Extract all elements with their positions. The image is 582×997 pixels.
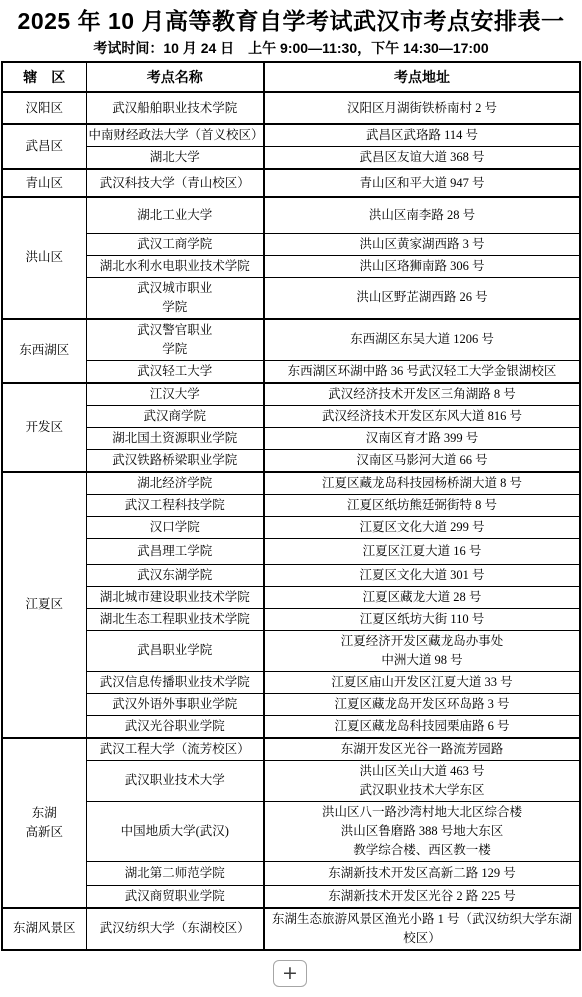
table-row: 湖北国土资源职业学院汉南区育才路 399 号 — [2, 427, 580, 449]
table-header-row: 辖 区 考点名称 考点地址 — [2, 62, 580, 92]
site-name-cell: 武汉科技大学（青山校区） — [86, 169, 264, 197]
table-row: 开发区江汉大学武汉经济技术开发区三角湖路 8 号 — [2, 383, 580, 406]
site-address-cell: 江夏区文化大道 299 号 — [264, 516, 580, 538]
table-row: 湖北大学武昌区友谊大道 368 号 — [2, 147, 580, 170]
table-row: 湖北第二师范学院东湖新技术开发区高新二路 129 号 — [2, 861, 580, 885]
footer-toolbar: + — [0, 960, 580, 997]
district-cell: 武昌区 — [2, 124, 86, 169]
table-row: 东西湖区武汉警官职业 学院东西湖区东吴大道 1206 号 — [2, 319, 580, 361]
site-address-cell: 江夏区藏龙岛科技园栗庙路 6 号 — [264, 715, 580, 738]
site-address-cell: 洪山区南李路 28 号 — [264, 197, 580, 233]
site-address-cell: 东西湖区环湖中路 36 号武汉轻工大学金银湖校区 — [264, 360, 580, 383]
table-row: 武汉工程科技学院江夏区纸坊熊廷弼街特 8 号 — [2, 494, 580, 516]
site-address-cell: 江夏区江夏大道 16 号 — [264, 538, 580, 564]
site-address-cell: 汉南区马影河大道 66 号 — [264, 449, 580, 472]
site-address-cell: 汉阳区月湖街铁桥南村 2 号 — [264, 92, 580, 124]
site-name-cell: 武汉商学院 — [86, 405, 264, 427]
table-row: 汉阳区武汉船舶职业技术学院汉阳区月湖街铁桥南村 2 号 — [2, 92, 580, 124]
site-name-cell: 湖北大学 — [86, 147, 264, 170]
table-row: 武汉轻工大学东西湖区环湖中路 36 号武汉轻工大学金银湖校区 — [2, 360, 580, 383]
table-row: 武汉光谷职业学院江夏区藏龙岛科技园栗庙路 6 号 — [2, 715, 580, 738]
site-address-cell: 武汉经济技术开发区三角湖路 8 号 — [264, 383, 580, 406]
table-row: 洪山区湖北工业大学洪山区南李路 28 号 — [2, 197, 580, 233]
header-site-name: 考点名称 — [86, 62, 264, 92]
site-address-cell: 青山区和平大道 947 号 — [264, 169, 580, 197]
header-district: 辖 区 — [2, 62, 86, 92]
site-name-cell: 湖北城市建设职业技术学院 — [86, 586, 264, 608]
page-title: 2025 年 10 月高等教育自学考试武汉市考点安排表一 — [0, 4, 582, 38]
site-address-cell: 洪山区珞狮南路 306 号 — [264, 255, 580, 277]
site-address-cell: 武昌区武珞路 114 号 — [264, 124, 580, 147]
table-row: 江夏区湖北经济学院江夏区藏龙岛科技园杨桥湖大道 8 号 — [2, 472, 580, 495]
site-name-cell: 中国地质大学(武汉) — [86, 801, 264, 861]
site-address-cell: 洪山区野芷湖西路 26 号 — [264, 277, 580, 319]
table-row: 武昌区中南财经政法大学（首义校区）武昌区武珞路 114 号 — [2, 124, 580, 147]
site-address-cell: 东湖新技术开发区光谷 2 路 225 号 — [264, 885, 580, 908]
table-row: 武汉外语外事职业学院江夏区藏龙岛开发区环岛路 3 号 — [2, 693, 580, 715]
site-name-cell: 武汉船舶职业技术学院 — [86, 92, 264, 124]
table-row: 武昌理工学院江夏区江夏大道 16 号 — [2, 538, 580, 564]
header-site-address: 考点地址 — [264, 62, 580, 92]
district-cell: 东西湖区 — [2, 319, 86, 383]
table-row: 武汉商学院武汉经济技术开发区东风大道 816 号 — [2, 405, 580, 427]
table-row: 湖北生态工程职业技术学院江夏区纸坊大街 110 号 — [2, 608, 580, 630]
table-row: 武汉铁路桥梁职业学院汉南区马影河大道 66 号 — [2, 449, 580, 472]
site-address-cell: 东湖生态旅游风景区渔光小路 1 号（武汉纺织大学东湖校区） — [264, 908, 580, 950]
site-name-cell: 湖北水利水电职业技术学院 — [86, 255, 264, 277]
plus-icon: + — [282, 962, 298, 984]
district-cell: 青山区 — [2, 169, 86, 197]
site-name-cell: 武汉工商学院 — [86, 233, 264, 255]
site-name-cell: 武汉工程大学（流芳校区） — [86, 738, 264, 761]
table-row: 武汉信息传播职业技术学院江夏区庙山开发区江夏大道 33 号 — [2, 671, 580, 693]
table-row: 中国地质大学(武汉)洪山区八一路沙湾村地大北区综合楼 洪山区鲁磨路 388 号地… — [2, 801, 580, 861]
site-address-cell: 江夏区纸坊大街 110 号 — [264, 608, 580, 630]
site-name-cell: 武汉铁路桥梁职业学院 — [86, 449, 264, 472]
site-address-cell: 东湖新技术开发区高新二路 129 号 — [264, 861, 580, 885]
site-name-cell: 湖北第二师范学院 — [86, 861, 264, 885]
site-name-cell: 武汉城市职业 学院 — [86, 277, 264, 319]
site-address-cell: 江夏区纸坊熊廷弼街特 8 号 — [264, 494, 580, 516]
site-name-cell: 武汉东湖学院 — [86, 564, 264, 586]
site-name-cell: 武汉纺织大学（东湖校区） — [86, 908, 264, 950]
site-name-cell: 江汉大学 — [86, 383, 264, 406]
site-name-cell: 武汉警官职业 学院 — [86, 319, 264, 361]
site-name-cell: 武昌理工学院 — [86, 538, 264, 564]
district-cell: 江夏区 — [2, 472, 86, 738]
site-name-cell: 湖北经济学院 — [86, 472, 264, 495]
site-address-cell: 江夏区文化大道 301 号 — [264, 564, 580, 586]
site-name-cell: 汉口学院 — [86, 516, 264, 538]
table-row: 武汉工商学院洪山区黄家湖西路 3 号 — [2, 233, 580, 255]
table-row: 武汉商贸职业学院东湖新技术开发区光谷 2 路 225 号 — [2, 885, 580, 908]
district-cell: 东湖 高新区 — [2, 738, 86, 908]
table-row: 东湖 高新区武汉工程大学（流芳校区）东湖开发区光谷一路流芳园路 — [2, 738, 580, 761]
site-address-cell: 洪山区八一路沙湾村地大北区综合楼 洪山区鲁磨路 388 号地大东区 教学综合楼、… — [264, 801, 580, 861]
site-name-cell: 湖北工业大学 — [86, 197, 264, 233]
table-row: 湖北水利水电职业技术学院洪山区珞狮南路 306 号 — [2, 255, 580, 277]
table-row: 青山区武汉科技大学（青山校区）青山区和平大道 947 号 — [2, 169, 580, 197]
site-address-cell: 东西湖区东吴大道 1206 号 — [264, 319, 580, 361]
exam-schedule-page: 2025 年 10 月高等教育自学考试武汉市考点安排表一 考试时间：10 月 2… — [0, 0, 582, 997]
table-row: 武昌职业学院江夏经济开发区藏龙岛办事处 中洲大道 98 号 — [2, 630, 580, 671]
table-row: 汉口学院江夏区文化大道 299 号 — [2, 516, 580, 538]
table-row: 东湖风景区武汉纺织大学（东湖校区）东湖生态旅游风景区渔光小路 1 号（武汉纺织大… — [2, 908, 580, 950]
site-name-cell: 武汉商贸职业学院 — [86, 885, 264, 908]
table-row: 武汉职业技术大学洪山区关山大道 463 号 武汉职业技术大学东区 — [2, 760, 580, 801]
site-name-cell: 中南财经政法大学（首义校区） — [86, 124, 264, 147]
table-row: 武汉城市职业 学院洪山区野芷湖西路 26 号 — [2, 277, 580, 319]
site-name-cell: 武汉工程科技学院 — [86, 494, 264, 516]
table-row: 湖北城市建设职业技术学院江夏区藏龙大道 28 号 — [2, 586, 580, 608]
site-name-cell: 武汉信息传播职业技术学院 — [86, 671, 264, 693]
site-address-cell: 洪山区黄家湖西路 3 号 — [264, 233, 580, 255]
site-name-cell: 武汉外语外事职业学院 — [86, 693, 264, 715]
site-address-cell: 武汉经济技术开发区东风大道 816 号 — [264, 405, 580, 427]
district-cell: 洪山区 — [2, 197, 86, 319]
add-button[interactable]: + — [273, 960, 307, 987]
district-cell: 汉阳区 — [2, 92, 86, 124]
site-address-cell: 汉南区育才路 399 号 — [264, 427, 580, 449]
site-address-cell: 江夏区藏龙岛开发区环岛路 3 号 — [264, 693, 580, 715]
table-row: 武汉东湖学院江夏区文化大道 301 号 — [2, 564, 580, 586]
site-name-cell: 湖北生态工程职业技术学院 — [86, 608, 264, 630]
site-address-cell: 江夏经济开发区藏龙岛办事处 中洲大道 98 号 — [264, 630, 580, 671]
site-address-cell: 武昌区友谊大道 368 号 — [264, 147, 580, 170]
site-address-cell: 洪山区关山大道 463 号 武汉职业技术大学东区 — [264, 760, 580, 801]
site-address-cell: 东湖开发区光谷一路流芳园路 — [264, 738, 580, 761]
site-address-cell: 江夏区藏龙岛科技园杨桥湖大道 8 号 — [264, 472, 580, 495]
site-name-cell: 武汉光谷职业学院 — [86, 715, 264, 738]
site-name-cell: 武昌职业学院 — [86, 630, 264, 671]
site-address-cell: 江夏区庙山开发区江夏大道 33 号 — [264, 671, 580, 693]
district-cell: 东湖风景区 — [2, 908, 86, 950]
site-name-cell: 武汉轻工大学 — [86, 360, 264, 383]
district-cell: 开发区 — [2, 383, 86, 472]
exam-time-subtitle: 考试时间：10 月 24 日 上午 9:00—11:30，下午 14:30—17… — [0, 38, 582, 58]
site-name-cell: 武汉职业技术大学 — [86, 760, 264, 801]
site-name-cell: 湖北国土资源职业学院 — [86, 427, 264, 449]
exam-sites-table: 辖 区 考点名称 考点地址 汉阳区武汉船舶职业技术学院汉阳区月湖街铁桥南村 2 … — [1, 61, 581, 951]
site-address-cell: 江夏区藏龙大道 28 号 — [264, 586, 580, 608]
